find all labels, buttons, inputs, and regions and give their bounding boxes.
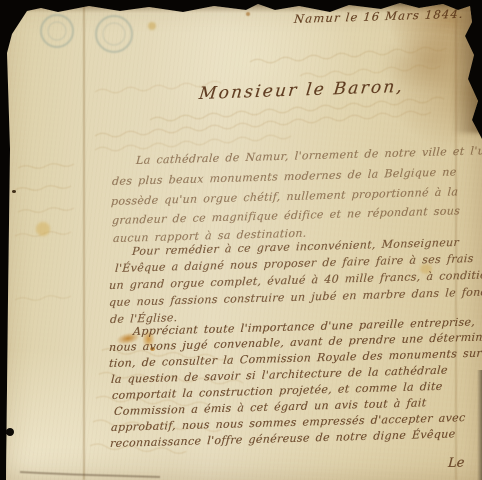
edge-shadow-right xyxy=(477,370,482,480)
ink-speck xyxy=(12,190,16,193)
ink-speck xyxy=(6,428,14,436)
torn-edge-right xyxy=(452,8,482,133)
torn-edge-top xyxy=(0,0,482,13)
catchword: Le xyxy=(448,456,465,471)
paper-sheet: Namur le 16 Mars 1844. Monsieur le Baron… xyxy=(0,0,482,480)
scanned-letter-page: Namur le 16 Mars 1844. Monsieur le Baron… xyxy=(0,0,482,480)
yellow-stain xyxy=(36,222,50,236)
yellow-stain xyxy=(148,22,156,30)
